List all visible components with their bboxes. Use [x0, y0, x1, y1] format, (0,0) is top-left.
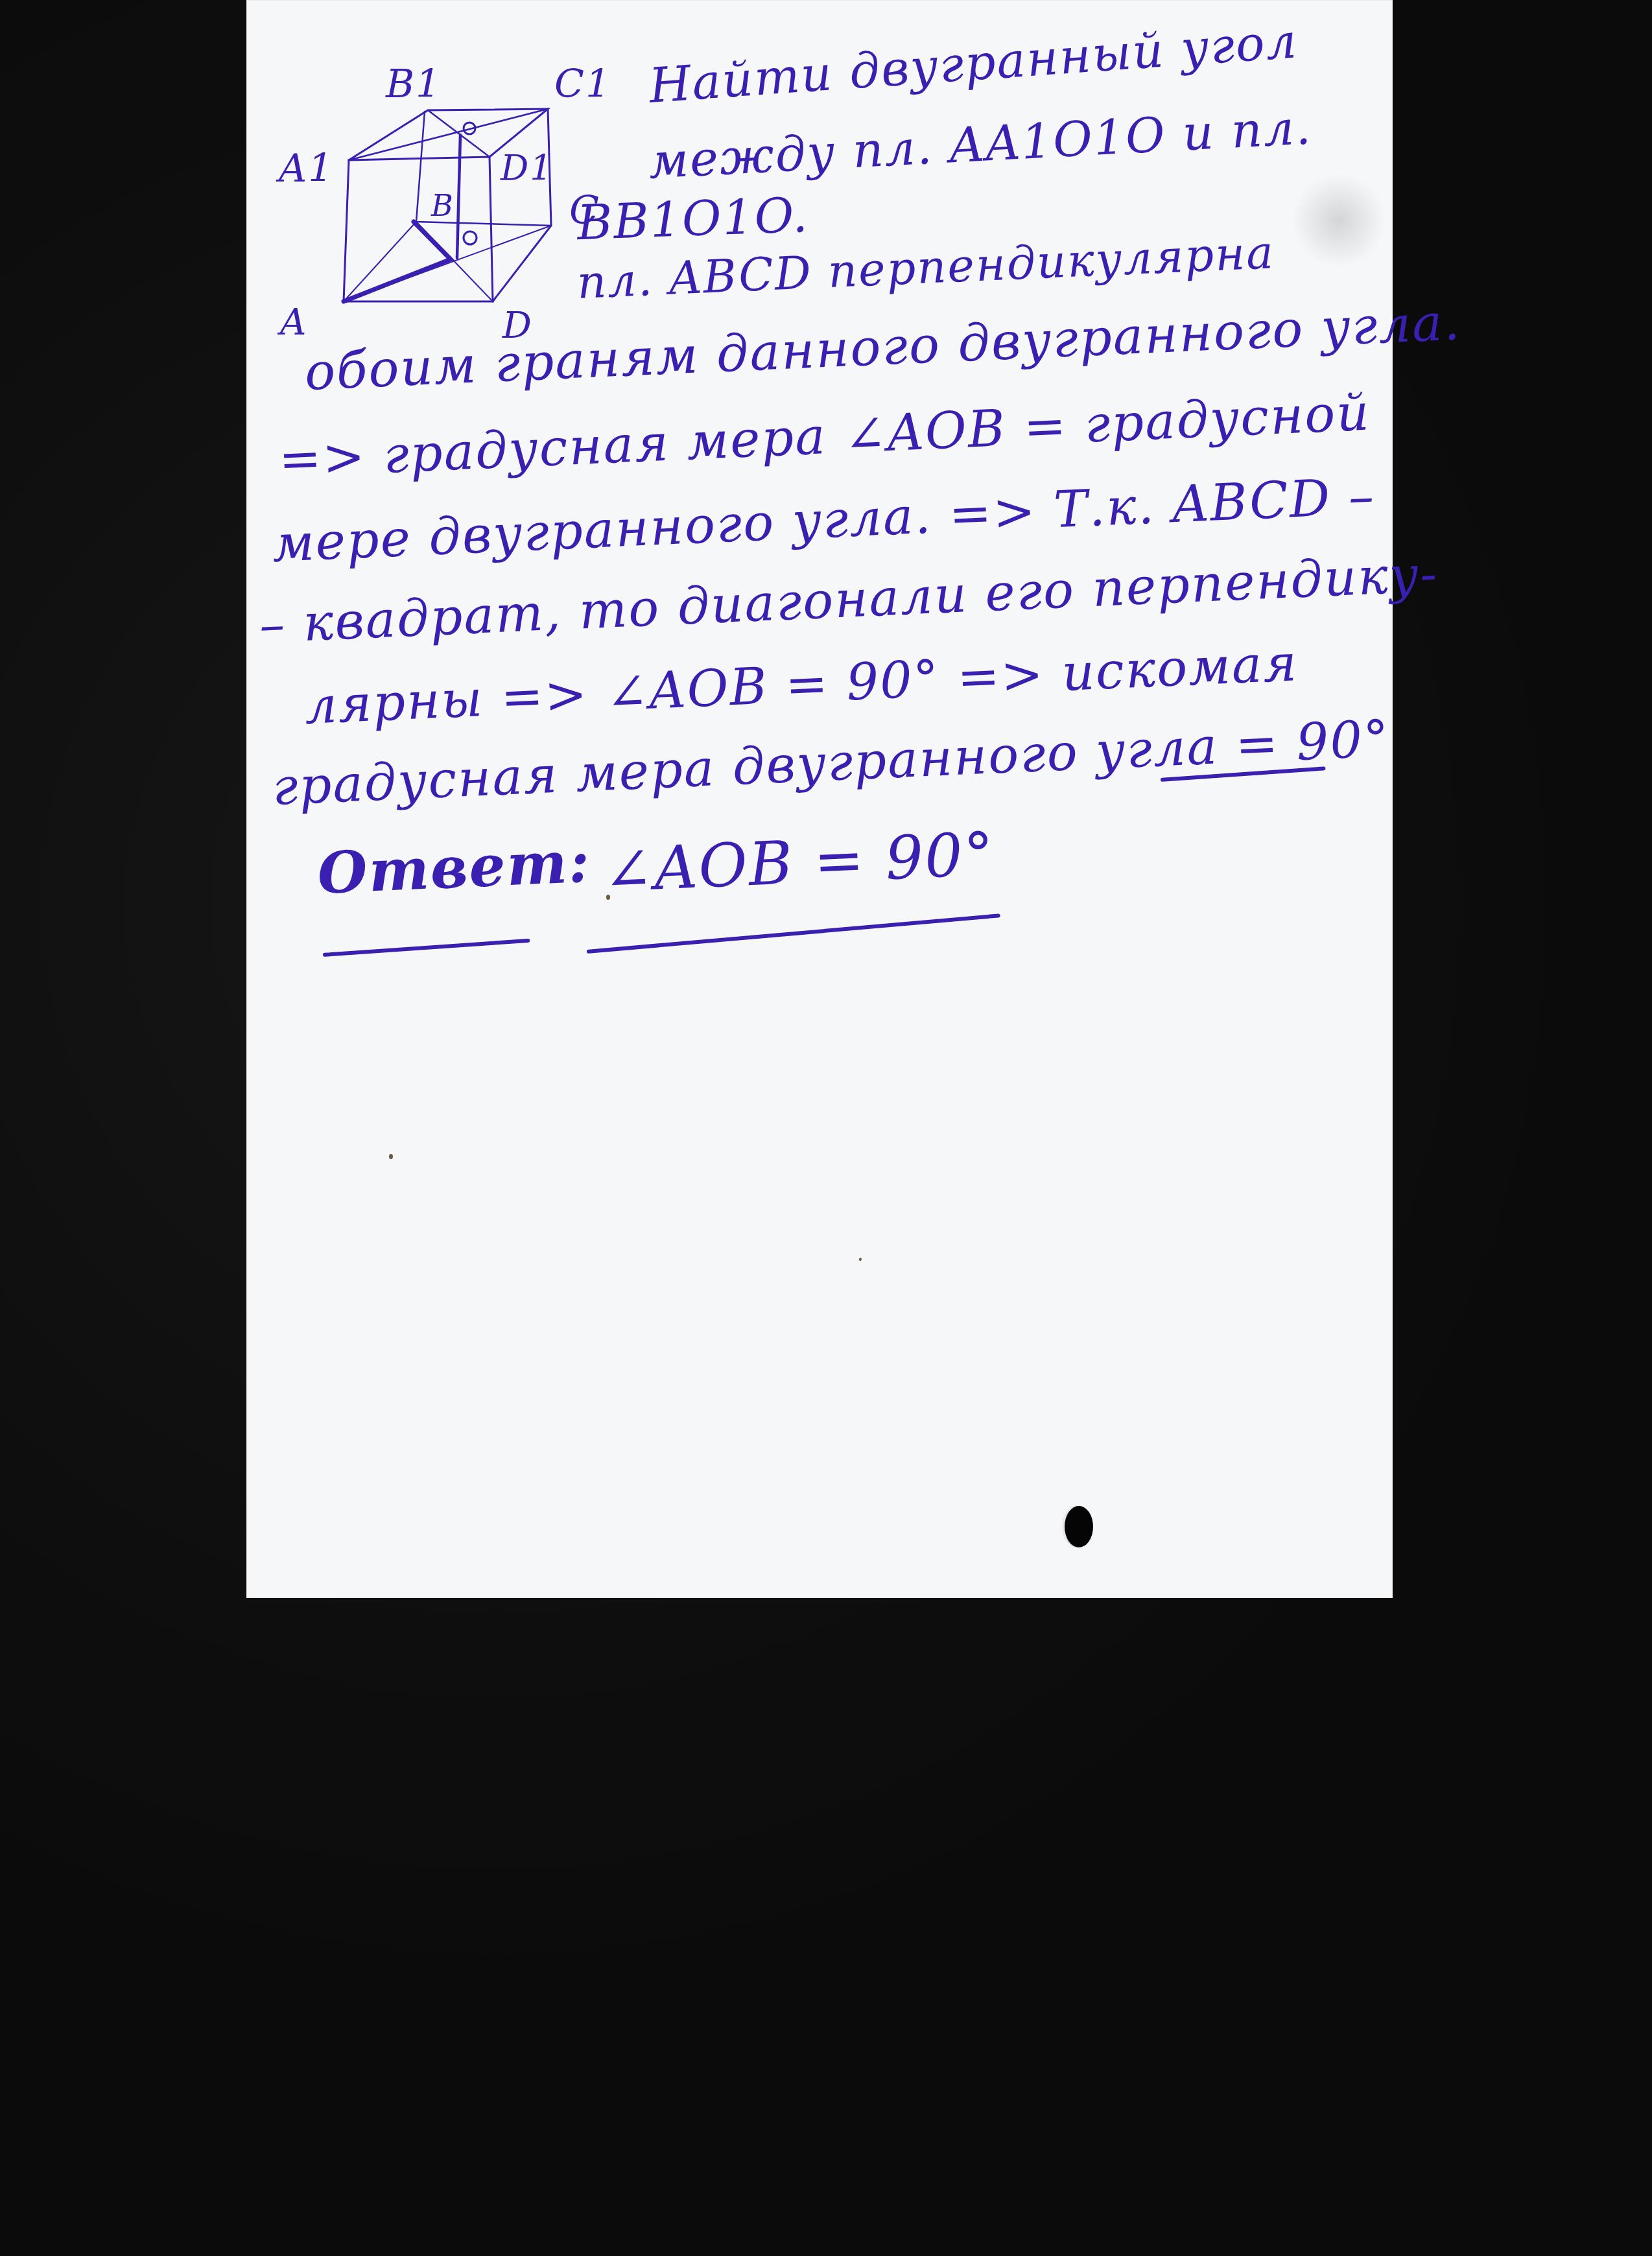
- vertex-label-a1: A1: [279, 146, 335, 191]
- paper-speck: [859, 1258, 862, 1261]
- paper-speck: [389, 1154, 393, 1159]
- punch-hole: [1065, 1506, 1093, 1547]
- vertex-label-d1: D1: [501, 148, 554, 189]
- vertex-label-a: A: [280, 301, 307, 344]
- vertex-label-c1: C1: [554, 62, 611, 107]
- answer-label: Ответ:: [316, 828, 592, 907]
- vertex-label-b: B: [431, 188, 454, 223]
- task-line-3: BB1O1O.: [576, 187, 810, 251]
- vertex-label-b1: B1: [386, 62, 442, 107]
- paper-smudge: [1290, 175, 1387, 266]
